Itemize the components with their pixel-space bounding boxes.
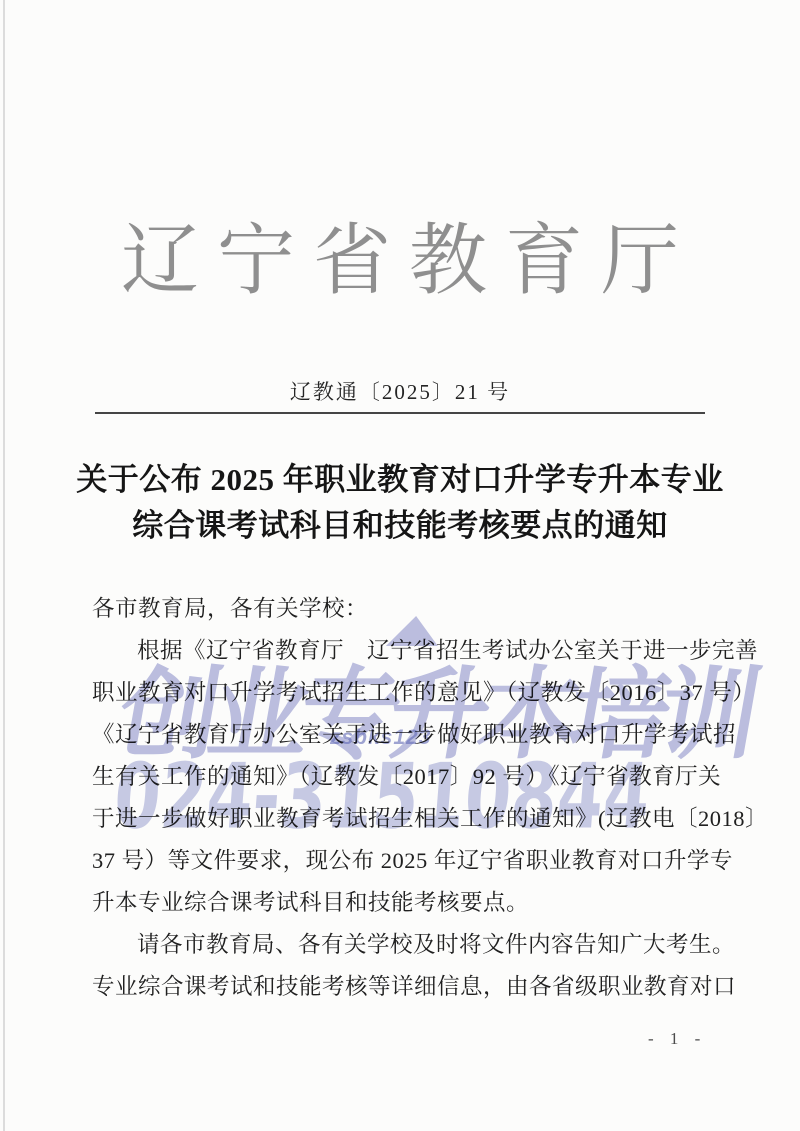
body-line: 各市教育局，各有关学校： [92,588,718,630]
body-line: 职业教育对口升学考试招生工作的意见》（辽教发〔2016〕37 号） [92,672,718,714]
body-line: 《辽宁省教育厅办公室关于进一步做好职业教育对口升学考试招 [92,714,718,756]
body-line: 生有关工作的通知》（辽教发〔2017〕92 号）《辽宁省教育厅关 [92,756,718,798]
notice-title: 关于公布 2025 年职业教育对口升学专升本专业 综合课考试科目和技能考核要点的… [0,457,800,549]
doc-number: 辽教通〔2025〕21 号 [0,378,800,406]
scan-edge-line [3,0,5,1131]
notice-title-line2: 综合课考试科目和技能考核要点的通知 [0,503,800,549]
body-line: 37 号）等文件要求，现公布 2025 年辽宁省职业教育对口升学专 [92,840,718,882]
body-line: 根据《辽宁省教育厅 辽宁省招生考试办公室关于进一步完善 [92,630,718,672]
body-line: 升本专业综合课考试科目和技能考核要点。 [92,882,718,924]
body-line: 专业综合课考试和技能考核等详细信息，由各省级职业教育对口 [92,966,718,1008]
body-line: 请各市教育局、各有关学校及时将文件内容告知广大考生。 [92,924,718,966]
divider-line [95,412,705,414]
page-number: - 1 - [648,1028,706,1050]
notice-title-line1: 关于公布 2025 年职业教育对口升学专升本专业 [0,457,800,503]
agency-header: 辽宁省教育厅 [0,218,800,304]
document-body: 各市教育局，各有关学校：根据《辽宁省教育厅 辽宁省招生考试办公室关于进一步完善职… [92,588,718,1008]
document-page: 辽宁省教育厅 辽教通〔2025〕21 号 关于公布 2025 年职业教育对口升学… [0,0,800,1131]
body-line: 于进一步做好职业教育考试招生相关工作的通知》(辽教电〔2018〕 [92,798,718,840]
